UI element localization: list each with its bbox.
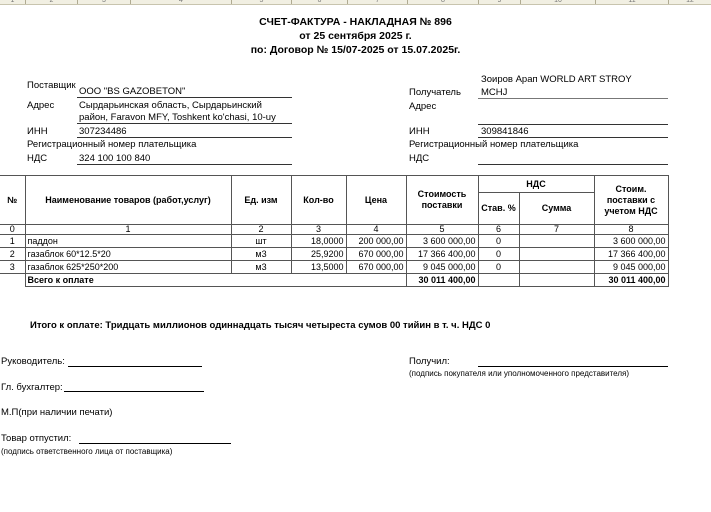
director-label: Руководитель: xyxy=(1,356,65,367)
ruler-col-8[interactable]: 8 xyxy=(408,0,479,4)
recipient-label: Получатель xyxy=(409,87,461,98)
released-label: Товар отпустил: xyxy=(1,433,71,444)
amount-in-words: Итого к оплате: Тридцать миллионов одинн… xyxy=(30,320,490,331)
invoice-date: от 25 сентября 2025 г. xyxy=(0,30,711,43)
header-cost: Стоимость поставки xyxy=(406,176,478,225)
ruler-col-6[interactable]: 6 xyxy=(292,0,348,4)
supplier-inn-underline xyxy=(77,137,292,138)
row-vat-sum xyxy=(519,261,594,274)
header-qty: Кол-во xyxy=(291,176,346,225)
invoice-title: СЧЕТ-ФАКТУРА - НАКЛАДНАЯ № 896 xyxy=(0,16,711,29)
ruler-col-3[interactable]: 3 xyxy=(78,0,131,4)
ruler-col-12[interactable]: 12 xyxy=(669,0,711,4)
row-unit: м3 xyxy=(231,248,291,261)
colnum-1: 1 xyxy=(25,225,231,235)
row-total: 9 045 000,00 xyxy=(594,261,668,274)
supplier-vat-underline xyxy=(77,164,292,165)
header-vat-sum: Сумма xyxy=(519,193,594,225)
row-qty: 13,5000 xyxy=(291,261,346,274)
ruler-col-9[interactable]: 9 xyxy=(479,0,521,4)
row-total: 3 600 000,00 xyxy=(594,235,668,248)
column-number-row: 0 1 2 3 4 5 6 7 8 xyxy=(0,225,668,235)
colnum-0: 0 xyxy=(0,225,25,235)
received-signature-line xyxy=(478,366,668,367)
recipient-name-underline xyxy=(478,98,668,99)
total-amount: 30 011 400,00 xyxy=(594,274,668,287)
director-signature-line xyxy=(68,366,202,367)
row-total: 17 366 400,00 xyxy=(594,248,668,261)
total-vat-rate xyxy=(478,274,519,287)
row-name: газаблок 625*250*200 xyxy=(25,261,231,274)
row-price: 200 000,00 xyxy=(346,235,406,248)
row-cost: 3 600 000,00 xyxy=(406,235,478,248)
row-unit: м3 xyxy=(231,261,291,274)
ruler-col-10[interactable]: 10 xyxy=(521,0,596,4)
header-unit: Ед. изм xyxy=(231,176,291,225)
invoice-contract: по: Договор № 15/07-2025 от 15.07.2025г. xyxy=(0,44,711,57)
accountant-label: Гл. бухгалтер: xyxy=(1,382,63,393)
total-vat-sum xyxy=(519,274,594,287)
colnum-4: 4 xyxy=(346,225,406,235)
supplier-vat-label: НДС xyxy=(27,153,47,164)
row-no: 3 xyxy=(0,261,25,274)
row-cost: 17 366 400,00 xyxy=(406,248,478,261)
supplier-address-line1: Сырдарьинская область, Сырдарьинский xyxy=(79,100,262,111)
header-total: Стоим. поставки с учетом НДС xyxy=(594,176,668,225)
received-note: (подпись покупателя или уполномоченного … xyxy=(409,369,629,378)
supplier-name: ООО "BS GAZOBETON" xyxy=(79,86,185,97)
header-price: Цена xyxy=(346,176,406,225)
recipient-reg-label: Регистрационный номер плательщика xyxy=(409,139,578,150)
total-row: Всего к оплате 30 011 400,00 30 011 400,… xyxy=(0,274,668,287)
row-vat-sum xyxy=(519,248,594,261)
stamp-label: М.П(при наличии печати) xyxy=(1,407,112,418)
row-vat-rate: 0 xyxy=(478,248,519,261)
colnum-8: 8 xyxy=(594,225,668,235)
table-row: 1 паддон шт 18,0000 200 000,00 3 600 000… xyxy=(0,235,668,248)
supplier-address-label: Адрес xyxy=(27,100,54,111)
ruler-col-1[interactable]: 1 xyxy=(0,0,26,4)
row-vat-rate: 0 xyxy=(478,261,519,274)
invoice-items-table: № Наименование товаров (работ,услуг) Ед.… xyxy=(0,175,669,287)
ruler-col-5[interactable]: 5 xyxy=(232,0,292,4)
released-note: (подпись ответственного лица от поставщи… xyxy=(1,447,172,456)
row-vat-sum xyxy=(519,235,594,248)
row-no: 1 xyxy=(0,235,25,248)
row-name: паддон xyxy=(25,235,231,248)
supplier-inn: 307234486 xyxy=(79,126,127,137)
row-qty: 18,0000 xyxy=(291,235,346,248)
supplier-address-underline xyxy=(77,123,292,124)
header-vat-group: НДС xyxy=(478,176,594,193)
header-name: Наименование товаров (работ,услуг) xyxy=(25,176,231,225)
table-row: 3 газаблок 625*250*200 м3 13,5000 670 00… xyxy=(0,261,668,274)
colnum-7: 7 xyxy=(519,225,594,235)
recipient-vat-underline xyxy=(478,164,668,165)
accountant-signature-line xyxy=(64,391,204,392)
colnum-5: 5 xyxy=(406,225,478,235)
row-price: 670 000,00 xyxy=(346,261,406,274)
colnum-3: 3 xyxy=(291,225,346,235)
supplier-name-underline xyxy=(77,97,292,98)
received-label: Получил: xyxy=(409,356,450,367)
ruler-col-11[interactable]: 11 xyxy=(596,0,669,4)
row-unit: шт xyxy=(231,235,291,248)
row-no: 2 xyxy=(0,248,25,261)
supplier-label: Поставщик xyxy=(27,80,76,91)
ruler-col-7[interactable]: 7 xyxy=(348,0,408,4)
recipient-name-line1: Зоиров Арап WORLD ART STROY xyxy=(481,74,632,85)
header-no: № xyxy=(0,176,25,225)
row-price: 670 000,00 xyxy=(346,248,406,261)
header-vat-rate: Став. % xyxy=(478,193,519,225)
row-cost: 9 045 000,00 xyxy=(406,261,478,274)
ruler-col-4[interactable]: 4 xyxy=(131,0,232,4)
recipient-address-underline xyxy=(478,124,668,125)
total-empty-cell xyxy=(0,274,25,287)
colnum-6: 6 xyxy=(478,225,519,235)
column-ruler: 1 2 3 4 5 6 7 8 9 10 11 12 xyxy=(0,0,711,5)
supplier-address-line2: район, Faravon MFY, Toshkent ko'chasi, 1… xyxy=(79,112,276,123)
row-name: газаблок 60*12.5*20 xyxy=(25,248,231,261)
table-row: 2 газаблок 60*12.5*20 м3 25,9200 670 000… xyxy=(0,248,668,261)
recipient-inn: 309841846 xyxy=(481,126,529,137)
total-label: Всего к оплате xyxy=(25,274,406,287)
supplier-reg-label: Регистрационный номер плательщика xyxy=(27,139,196,150)
recipient-address-label: Адрес xyxy=(409,101,436,112)
supplier-inn-label: ИНН xyxy=(27,126,48,137)
recipient-name-line2: MCHJ xyxy=(481,87,507,98)
row-vat-rate: 0 xyxy=(478,235,519,248)
recipient-inn-underline xyxy=(478,137,668,138)
colnum-2: 2 xyxy=(231,225,291,235)
total-cost: 30 011 400,00 xyxy=(406,274,478,287)
row-qty: 25,9200 xyxy=(291,248,346,261)
released-signature-line xyxy=(79,443,231,444)
supplier-vat-number: 324 100 100 840 xyxy=(79,153,150,164)
recipient-vat-label: НДС xyxy=(409,153,429,164)
ruler-col-2[interactable]: 2 xyxy=(26,0,78,4)
recipient-inn-label: ИНН xyxy=(409,126,430,137)
